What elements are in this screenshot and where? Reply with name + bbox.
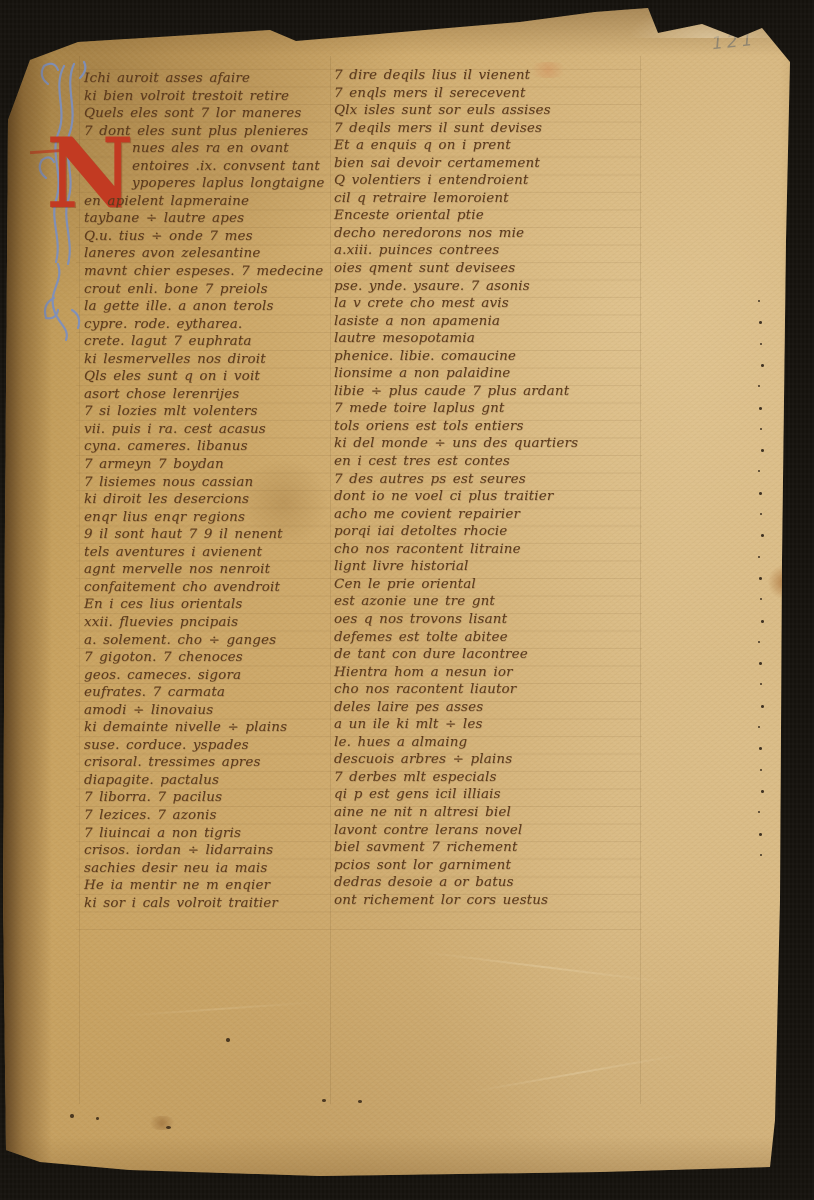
text-line: la gette ille. a anon terols (84, 298, 325, 316)
text-line: 7 des autres ps est seures (334, 471, 578, 489)
text-line: 7 dire deqils lius il vienent (334, 67, 578, 85)
text-line: ki demainte nivelle ÷ plains (84, 719, 325, 737)
text-line: xxii. fluevies pncipais (84, 614, 325, 632)
text-line: entoires .ix. convsent tant (84, 158, 325, 176)
text-line: sachies desir neu ia mais (84, 860, 325, 878)
text-line: agnt mervelle nos nenroit (84, 561, 325, 579)
text-line: geos. cameces. sigora (84, 667, 325, 685)
text-line: lignt livre historial (334, 558, 578, 576)
text-line: deles laire pes asses (334, 699, 578, 717)
text-line: amodi ÷ linovaius (84, 702, 325, 720)
text-line: ypoperes laplus longtaigne (84, 175, 325, 193)
text-line: eufrates. 7 carmata (84, 684, 325, 702)
text-line: Cen le prie oriental (334, 576, 578, 594)
text-line: asort chose lerenrijes (84, 386, 325, 404)
text-line: taybane ÷ lautre apes (84, 210, 325, 228)
text-line: lautre mesopotamia (334, 330, 578, 348)
text-line: Quels eles sont 7 lor maneres (84, 105, 325, 123)
text-line: crete. lagut 7 euphrata (84, 333, 325, 351)
text-line: 7 liuincai a non tigris (84, 825, 325, 843)
text-line: aine ne nit n altresi biel (334, 804, 578, 822)
text-line: nues ales ra en ovant (84, 140, 325, 158)
text-line: lionsime a non palaidine (334, 365, 578, 383)
ruling-line-vertical (330, 56, 331, 1104)
text-line: 7 armeyn 7 boydan (84, 456, 325, 474)
parchment-page: N Ichi auroit asses afaireki bien volroi… (0, 0, 814, 1200)
stain (146, 1116, 178, 1130)
text-line: laneres avon zelesantine (84, 245, 325, 263)
text-line: le. hues a almaing (334, 734, 578, 752)
text-line: ki sor i cals volroit traitier (84, 895, 325, 913)
text-line: pcios sont lor garniment (334, 857, 578, 875)
speck (358, 1100, 362, 1103)
text-line: 7 derbes mlt especials (334, 769, 578, 787)
text-line: cho nos racontent liautor (334, 681, 578, 699)
text-line: ki lesmervelles nos diroit (84, 351, 325, 369)
text-column-left: Ichi auroit asses afaireki bien volroit … (84, 70, 325, 912)
text-line: 7 lisiemes nous cassian (84, 474, 325, 492)
text-line: ki del monde ÷ uns des quartiers (334, 435, 578, 453)
text-line: 7 lezices. 7 azonis (84, 807, 325, 825)
text-line: 7 enqls mers il serecevent (334, 85, 578, 103)
text-line: He ia mentir ne m enqier (84, 877, 325, 895)
text-line: cyna. cameres. libanus (84, 438, 325, 456)
text-line: cho nos racontent litraine (334, 541, 578, 559)
text-line: ki diroit les desercions (84, 491, 325, 509)
text-line: crisoral. tressimes apres (84, 754, 325, 772)
text-line: cil q retraire lemoroient (334, 190, 578, 208)
text-line: suse. corduce. yspades (84, 737, 325, 755)
text-line: confaitement cho avendroit (84, 579, 325, 597)
text-line: dont io ne voel ci plus traitier (334, 488, 578, 506)
text-line: 9 il sont haut 7 9 il nenent (84, 526, 325, 544)
speck (322, 1099, 326, 1102)
text-line: Ichi auroit asses afaire (84, 70, 325, 88)
text-line: dedras desoie a or batus (334, 874, 578, 892)
text-line: bien sai devoir certamement (334, 155, 578, 173)
text-line: tols oriens est tols entiers (334, 418, 578, 436)
text-line: Qls eles sunt q on i voit (84, 368, 325, 386)
text-line: en i cest tres est contes (334, 453, 578, 471)
text-line: descuois arbres ÷ plains (334, 751, 578, 769)
text-line: biel savment 7 richement (334, 839, 578, 857)
text-line: crout enli. bone 7 preiols (84, 281, 325, 299)
text-line: lavont contre lerans novel (334, 822, 578, 840)
text-line: de tant con dure lacontree (334, 646, 578, 664)
text-line: 7 liborra. 7 pacilus (84, 789, 325, 807)
text-line: 7 si lozies mlt volenters (84, 403, 325, 421)
text-line: Q.u. tius ÷ onde 7 mes (84, 228, 325, 246)
text-line: la v crete cho mest avis (334, 295, 578, 313)
ruling-line-vertical (640, 56, 641, 1104)
text-line: a.xiii. puinces contrees (334, 242, 578, 260)
text-line: porqi iai detoltes rhocie (334, 523, 578, 541)
text-line: oes q nos trovons lisant (334, 611, 578, 629)
text-line: diapagite. pactalus (84, 772, 325, 790)
text-line: mavnt chier espeses. 7 medecine (84, 263, 325, 281)
text-line: ont richement lor cors uestus (334, 892, 578, 910)
speck (226, 1038, 230, 1042)
text-line: cypre. rode. eytharea. (84, 316, 325, 334)
text-line: Q volentiers i entendroient (334, 172, 578, 190)
speck (70, 1114, 74, 1118)
text-line: Enceste oriental ptie (334, 207, 578, 225)
text-line: enqr lius enqr regions (84, 509, 325, 527)
text-line: phenice. libie. comaucine (334, 348, 578, 366)
text-line: ki bien volroit trestoit retire (84, 88, 325, 106)
text-line: crisos. iordan ÷ lidarrains (84, 842, 325, 860)
text-line: defemes est tolte abitee (334, 629, 578, 647)
text-line: a. solement. cho ÷ ganges (84, 632, 325, 650)
text-line: oies qment sunt devisees (334, 260, 578, 278)
text-line: qi p est gens icil illiais (334, 786, 578, 804)
gutter-shadow (0, 0, 52, 1200)
text-line: 7 mede toire laplus gnt (334, 400, 578, 418)
text-line: en apielent lapmeraine (84, 193, 325, 211)
text-line: En i ces lius orientals (84, 596, 325, 614)
text-line: est azonie une tre gnt (334, 593, 578, 611)
text-line: Et a enquis q on i prent (334, 137, 578, 155)
text-line: tels aventures i avienent (84, 544, 325, 562)
speck (166, 1126, 171, 1129)
text-line: libie ÷ plus caude 7 plus ardant (334, 383, 578, 401)
text-line: lasiste a non apamenia (334, 313, 578, 331)
text-line: decho neredorons nos mie (334, 225, 578, 243)
text-line: vii. puis i ra. cest acasus (84, 421, 325, 439)
text-line: 7 deqils mers il sunt devises (334, 120, 578, 138)
text-line: 7 gigoton. 7 chenoces (84, 649, 325, 667)
text-column-right: 7 dire deqils lius il vienent7 enqls mer… (334, 67, 578, 909)
speck (96, 1117, 99, 1120)
text-line: a un ile ki mlt ÷ les (334, 716, 578, 734)
text-line: 7 dont eles sunt plus plenieres (84, 123, 325, 141)
text-line: Qlx isles sunt sor euls assises (334, 102, 578, 120)
text-line: acho me covient repairier (334, 506, 578, 524)
text-line: pse. ynde. ysaure. 7 asonis (334, 278, 578, 296)
text-line: Hientra hom a nesun ior (334, 664, 578, 682)
